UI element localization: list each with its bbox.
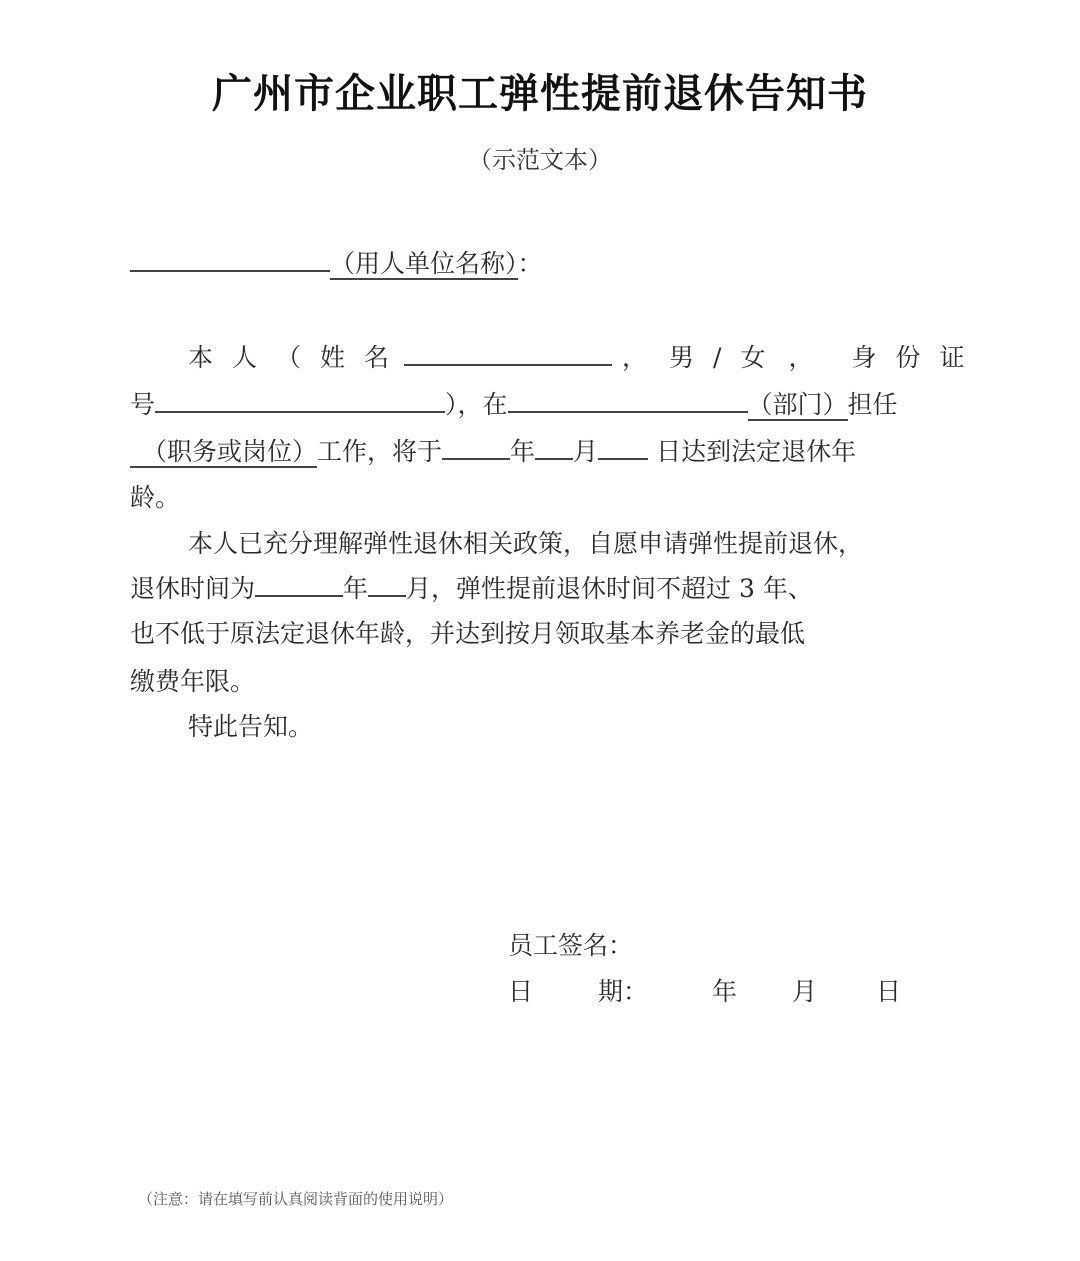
addressee-line: （用人单位名称）： (130, 244, 543, 282)
employer-name-blank[interactable] (130, 244, 330, 272)
early-retire-month-blank[interactable] (368, 569, 406, 597)
name-prefix: 本人（姓名 (188, 343, 408, 372)
document-title: 广州市企业职工弹性提前退休告知书 (0, 62, 1080, 119)
p1-line1: 本人（姓名，男/女，身份证 (188, 338, 984, 376)
p2-line4: 缴费年限。 (130, 664, 255, 700)
date-day-label: 日 (876, 974, 901, 1010)
p1-line4: 龄。 (130, 480, 180, 516)
retire-time-suffix: 月，弹性提前退休时间不超过 3 年、 (406, 574, 813, 603)
early-retire-year-blank[interactable] (255, 569, 343, 597)
gender-option: 男/女 (669, 343, 784, 372)
department-label: （部门） (748, 390, 848, 421)
month-label: 月 (573, 437, 598, 466)
year-label: 年 (343, 574, 368, 603)
p2-line3: 也不低于原法定退休年龄，并达到按月领取基本养老金的最低 (130, 616, 805, 652)
date-month-label: 月 (792, 974, 817, 1010)
comma: ， (788, 343, 813, 372)
date-row: 日 期： 年 月 日 (508, 974, 928, 1010)
close-paren-at: ），在 (445, 390, 508, 419)
reach-text: 日达到法定退休年 (656, 437, 856, 466)
id-label-end: 号 (130, 390, 155, 419)
date-label-1: 日 (508, 974, 533, 1010)
id-label: 身份证 (851, 343, 983, 372)
id-number-blank[interactable] (155, 385, 445, 413)
date-label-2: 期： (598, 974, 648, 1010)
serve-text: 担任 (848, 390, 898, 419)
department-blank[interactable] (508, 385, 748, 413)
addressee-colon: ： (518, 249, 543, 278)
retire-month-blank[interactable] (535, 432, 573, 460)
retire-day-blank[interactable] (598, 432, 648, 460)
footer-note: （注意：请在填写前认真阅读背面的使用说明） (138, 1188, 453, 1209)
position-label[interactable]: （职务或岗位） (130, 437, 317, 468)
document-subtitle: （示范文本） (0, 140, 1080, 175)
year-label: 年 (510, 437, 535, 466)
employee-signature-label: 员工签名： (508, 928, 633, 964)
closing-text: 特此告知。 (188, 709, 313, 745)
p2-line1: 本人已充分理解弹性退休相关政策，自愿申请弹性提前退休， (188, 526, 863, 562)
p1-line3: （职务或岗位）工作，将于年月日达到法定退休年 (130, 432, 856, 470)
retire-time-prefix: 退休时间为 (130, 574, 255, 603)
retire-year-blank[interactable] (442, 432, 510, 460)
comma: ， (622, 343, 647, 372)
employer-name-label: （用人单位名称） (330, 249, 518, 280)
work-text: 工作，将于 (317, 437, 442, 466)
p2-line2: 退休时间为年月，弹性提前退休时间不超过 3 年、 (130, 569, 813, 607)
p1-line2: 号），在（部门）担任 (130, 385, 898, 423)
name-blank[interactable] (404, 338, 612, 366)
date-year-label: 年 (712, 974, 737, 1010)
